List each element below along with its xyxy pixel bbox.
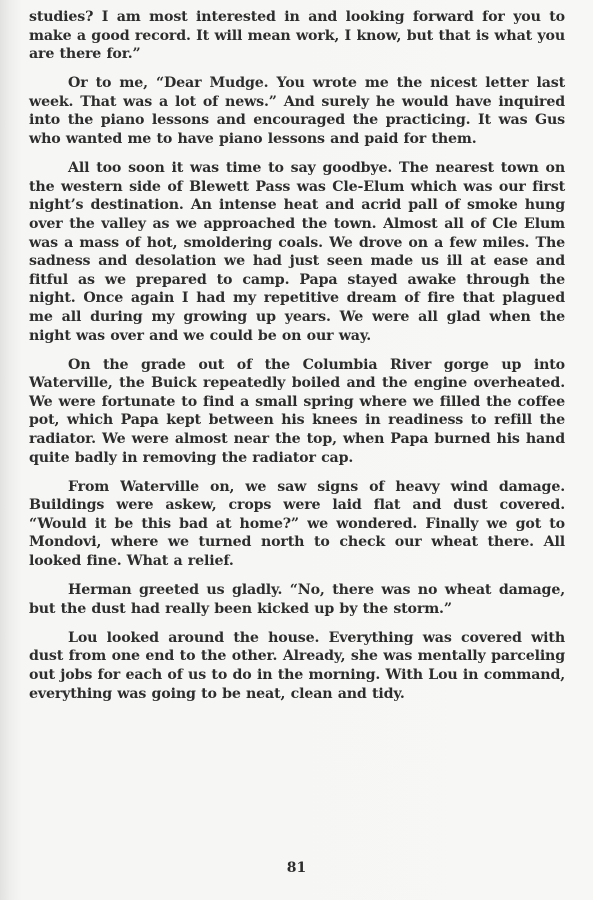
paragraph-5: From Waterville on, we saw signs of heav… (29, 478, 565, 571)
book-page: studies? I am most interested in and loo… (0, 0, 593, 900)
paragraph-2: Or to me, “Dear Mudge. You wrote me the … (29, 74, 565, 148)
paragraph-1: studies? I am most interested in and loo… (29, 8, 565, 64)
paragraph-6: Herman greeted us gladly. “No, there was… (29, 581, 565, 618)
paragraph-4: On the grade out of the Columbia River g… (29, 356, 565, 468)
body-text: studies? I am most interested in and loo… (29, 8, 565, 714)
paragraph-7: Lou looked around the house. Everything … (29, 629, 565, 703)
page-number: 81 (0, 860, 593, 876)
paragraph-3: All too soon it was time to say goodbye.… (29, 159, 565, 345)
